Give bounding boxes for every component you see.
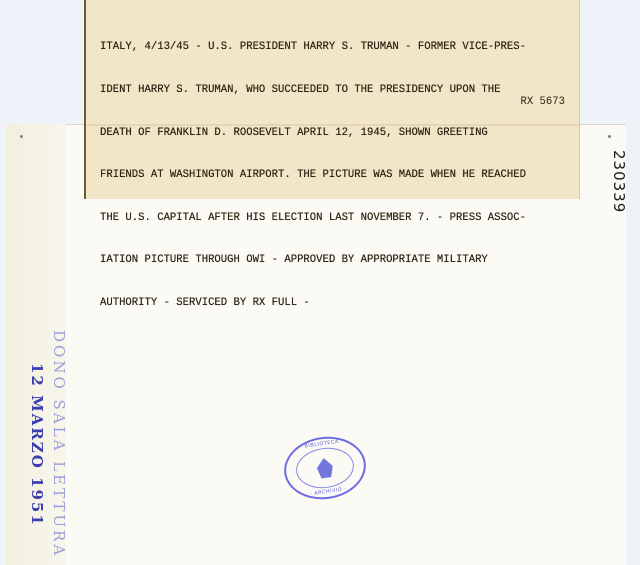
caption-line: AUTHORITY - SERVICED BY RX FULL - [100, 296, 570, 310]
handwritten-inventory-number: 230339 [610, 150, 628, 213]
caption-line: ITALY, 4/13/45 - U.S. PRESIDENT HARRY S.… [100, 40, 570, 54]
caption-line: THE U.S. CAPITAL AFTER HIS ELECTION LAST… [100, 211, 570, 225]
pin-mark [20, 135, 23, 138]
caption-line: IATION PICTURE THROUGH OWI - APPROVED BY… [100, 253, 570, 267]
caption-slip: ITALY, 4/13/45 - U.S. PRESIDENT HARRY S.… [84, 0, 579, 199]
caption-line: IDENT HARRY S. TRUMAN, WHO SUCCEEDED TO … [100, 83, 570, 97]
caption-line: FRIENDS AT WASHINGTON AIRPORT. THE PICTU… [100, 168, 570, 182]
date-stamp: 12 MARZO 1951 [28, 363, 46, 527]
donor-stamp: DONO SALA LETTURA [50, 330, 68, 558]
caption-line: DEATH OF FRANKLIN D. ROOSEVELT APRIL 12,… [100, 126, 570, 140]
pin-mark [608, 135, 611, 138]
reference-code: RX 5673 [520, 96, 565, 108]
caption-text: ITALY, 4/13/45 - U.S. PRESIDENT HARRY S.… [100, 12, 570, 339]
